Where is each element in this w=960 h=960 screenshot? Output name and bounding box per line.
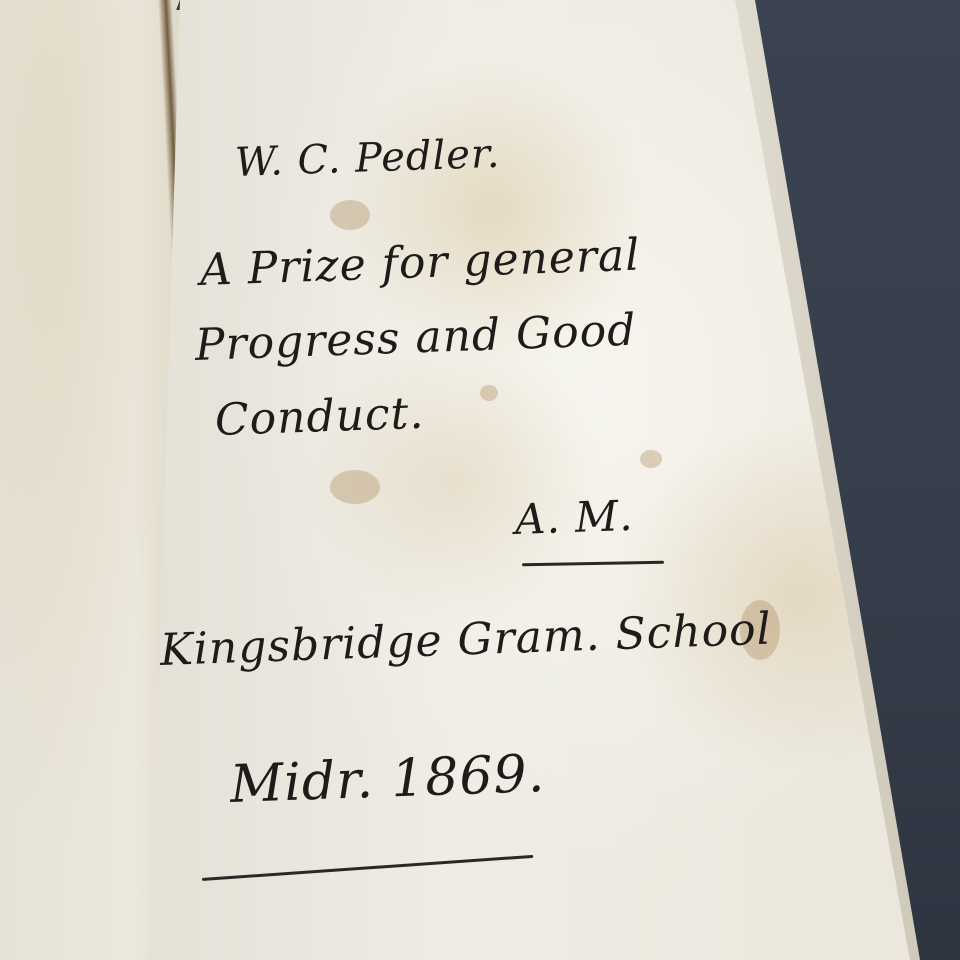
inscription-line-3: Conduct.: [214, 388, 425, 446]
date-underline: [202, 855, 533, 881]
inscription-date: Midr. 1869.: [229, 744, 546, 815]
inscription: W. C. Pedler. A Prize for general Progre…: [0, 0, 960, 960]
signatory-initials: A. M.: [514, 491, 634, 544]
inscription-line-2: Progress and Good: [194, 305, 637, 371]
school-name: Kingsbridge Gram. School: [159, 604, 772, 676]
recipient-name: W. C. Pedler.: [234, 131, 501, 186]
inscription-line-1: A Prize for general: [199, 230, 641, 296]
book-photo: W. C. Pedler. A Prize for general Progre…: [0, 0, 960, 960]
initials-underline: [522, 561, 664, 566]
